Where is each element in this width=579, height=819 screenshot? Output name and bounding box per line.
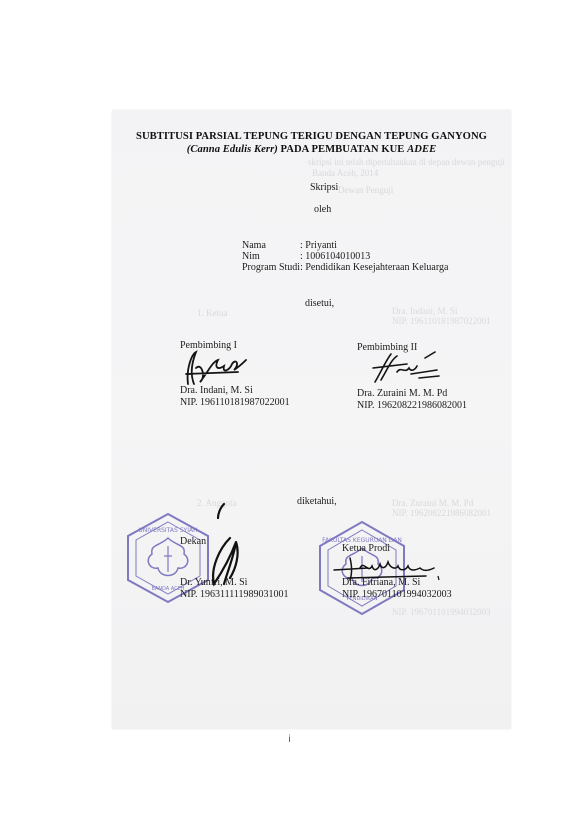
bleed-through-text: skripsi ini telah dipertahankan di depan…	[308, 157, 505, 167]
bleed-through-text: Dra. Zuraini M. M. Pd	[392, 498, 473, 508]
name-value: : Priyanti	[300, 240, 337, 251]
document-type: Skripsi	[310, 182, 338, 193]
advisor-1-name: Dra. Indani, M. Si	[180, 385, 253, 396]
bleed-through-text: Dewan Penguji	[338, 185, 393, 195]
advisor-2-nip: NIP. 196208221986082001	[357, 400, 467, 411]
program-label: Program Studi	[242, 262, 300, 273]
bleed-through-text: Dra. Indani, M. Si	[392, 306, 458, 316]
official-1-signature	[200, 498, 250, 588]
program-value: : Pendidikan Kesejahteraan Keluarga	[300, 262, 448, 273]
thesis-title-line-2: (Canna Edulis Kerr) PADA PEMBUATAN KUE A…	[112, 144, 511, 155]
title-middle: PADA PEMBUATAN KUE	[278, 144, 407, 155]
by-label: oleh	[314, 204, 331, 215]
official-1-nip: NIP. 196311111989031001	[180, 589, 289, 600]
official-2-nip: NIP. 196701101994032003	[342, 589, 452, 600]
bleed-through-text: Banda Aceh, 2014	[312, 168, 378, 178]
cake-name: ADEE	[407, 144, 436, 155]
thesis-title-line-1: SUBTITUSI PARSIAL TEPUNG TERIGU DENGAN T…	[112, 131, 511, 142]
advisor-1-signature	[178, 348, 258, 388]
nim-label: Nim	[242, 251, 300, 262]
bleed-through-text: NIP. 196208221986082001	[392, 508, 491, 518]
advisor-2-signature	[367, 350, 447, 386]
page-number: i	[0, 734, 579, 745]
scanned-page: skripsi ini telah dipertahankan di depan…	[112, 110, 511, 729]
official-1-name: Dr. Yunfri, M. Si	[180, 577, 247, 588]
svg-text:UNIVERSITAS SYIAH: UNIVERSITAS SYIAH	[138, 527, 197, 534]
scientific-name: (Canna Edulis Kerr)	[187, 144, 278, 155]
bleed-through-text: NIP. 196110181987022001	[392, 316, 491, 326]
official-2-name: Dra. Fitriana, M. Si	[342, 577, 420, 588]
advisor-1-nip: NIP. 196110181987022001	[180, 397, 290, 408]
nim-value: : 1006104010013	[300, 251, 370, 262]
advisor-2-name: Dra. Zuraini M. M. Pd	[357, 388, 447, 399]
bleed-through-text: 1. Ketua	[197, 308, 228, 318]
student-info: Nama: Priyanti Nim: 1006104010013 Progra…	[242, 240, 448, 273]
acknowledged-label: diketahui,	[297, 496, 337, 507]
name-label: Nama	[242, 240, 300, 251]
approved-label: disetui,	[305, 298, 334, 309]
